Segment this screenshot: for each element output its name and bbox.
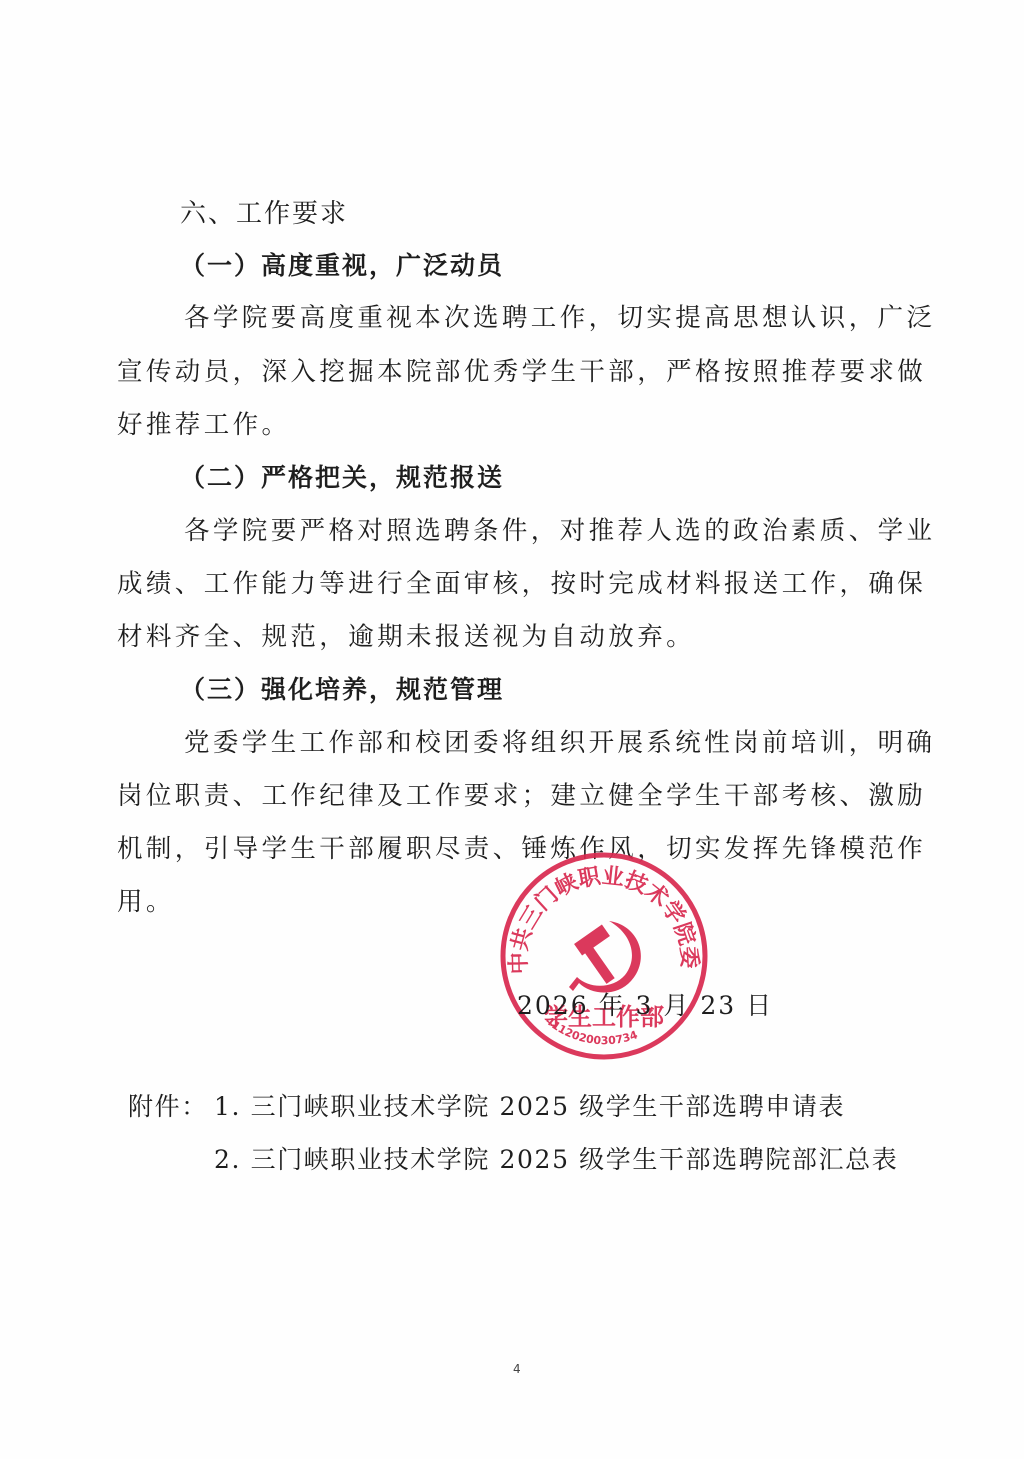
attachment-item-1: 1. 三门峡职业技术学院 2025 级学生干部选聘申请表 — [214, 1087, 845, 1123]
paragraph-line: 岗位职责、工作纪律及工作要求；建立健全学生干部考核、激励 — [117, 776, 926, 812]
attachment-item-2: 2. 三门峡职业技术学院 2025 级学生干部选聘院部汇总表 — [214, 1140, 898, 1176]
subsection-title-2: （二）严格把关，规范报送 — [180, 458, 504, 494]
paragraph-line: 宣传动员，深入挖掘本院部优秀学生干部，严格按照推荐要求做 — [117, 352, 926, 388]
paragraph-line: 成绩、工作能力等进行全面审核，按时完成材料报送工作，确保 — [117, 564, 926, 600]
document-page: 六、工作要求 （一）高度重视，广泛动员 各学院要高度重视本次选聘工作，切实提高思… — [0, 0, 1024, 1459]
subsection-title-1: （一）高度重视，广泛动员 — [180, 246, 504, 282]
paragraph-line: 各学院要严格对照选聘条件，对推荐人选的政治素质、学业 — [184, 511, 935, 547]
document-date: 2026 年 3 月 23 日 — [517, 986, 773, 1022]
official-seal-icon: 中共三门峡职业技术学院委员会 学生工作部 4112020030734 — [497, 849, 711, 1063]
paragraph-line: 各学院要高度重视本次选聘工作，切实提高思想认识，广泛 — [184, 298, 935, 334]
paragraph-line: 党委学生工作部和校团委将组织开展系统性岗前培训，明确 — [184, 723, 935, 759]
page-number: 4 — [513, 1362, 521, 1376]
paragraph-line: 好推荐工作。 — [117, 405, 290, 441]
section-heading: 六、工作要求 — [180, 193, 348, 230]
attachment-label: 附件： — [128, 1087, 208, 1123]
paragraph-line: 材料齐全、规范，逾期未报送视为自动放弃。 — [117, 617, 695, 653]
subsection-title-3: （三）强化培养，规范管理 — [180, 670, 504, 706]
svg-text:中共三门峡职业技术学院委员会: 中共三门峡职业技术学院委员会 — [497, 849, 701, 975]
paragraph-line: 用。 — [117, 882, 175, 918]
